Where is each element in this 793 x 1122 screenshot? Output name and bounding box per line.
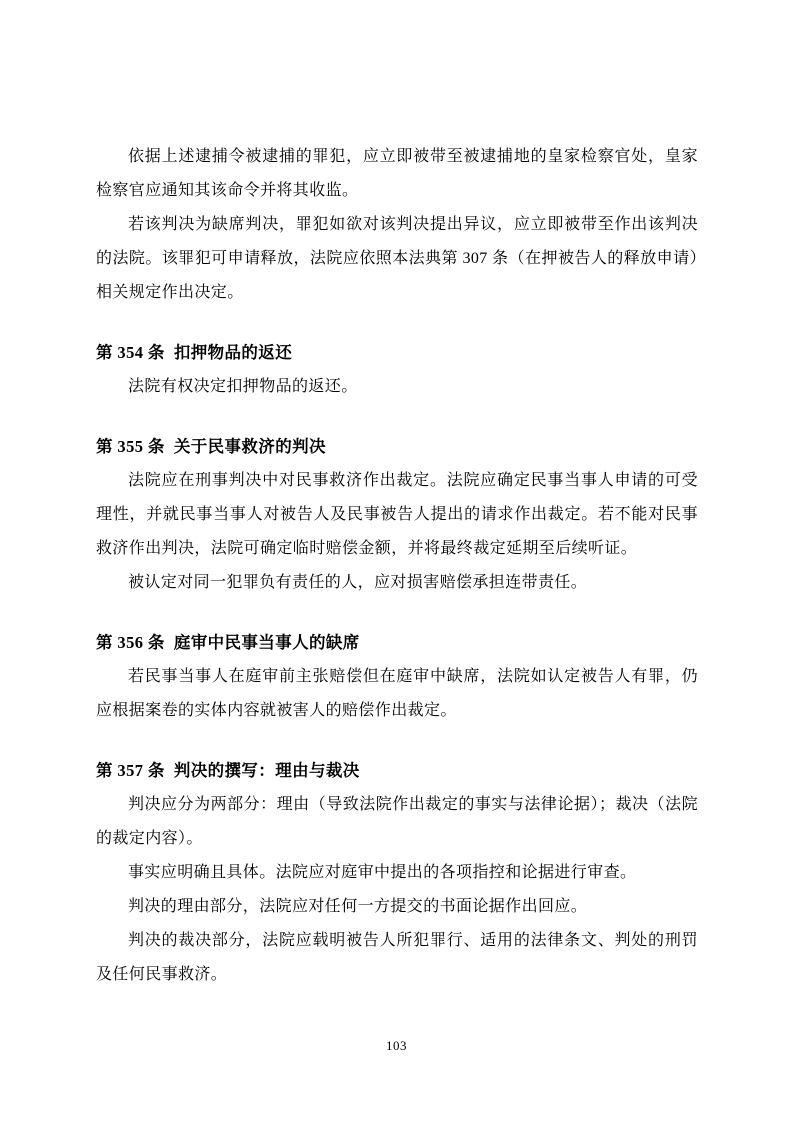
paragraph: 事实应明确且具体。法院应对庭审中提出的各项指控和论据进行审查。 <box>96 856 698 890</box>
article-title: 扣押物品的返还 <box>174 343 292 362</box>
intro-paragraph-1: 依据上述逮捕令被逮捕的罪犯，应立即被带至被逮捕地的皇家检察官处，皇家检察官应通知… <box>96 140 698 208</box>
page-number: 103 <box>0 1036 793 1056</box>
paragraph: 若民事当事人在庭审前主张赔偿但在庭审中缺席，法院如认定被告人有罪，仍应根据案卷的… <box>96 660 698 728</box>
paragraph: 法院有权决定扣押物品的返还。 <box>96 370 698 404</box>
paragraph: 法院应在刑事判决中对民事救济作出裁定。法院应确定民事当事人申请的可受理性，并就民… <box>96 464 698 566</box>
article-number: 第 355 条 <box>96 437 165 456</box>
section-heading-article-354: 第 354 条扣押物品的返还 <box>96 336 698 370</box>
paragraph: 判决的理由部分，法院应对任何一方提交的书面论据作出回应。 <box>96 890 698 924</box>
paragraph: 判决应分为两部分：理由（导致法院作出裁定的事实与法律论据）；裁决（法院的裁定内容… <box>96 788 698 856</box>
article-number: 第 354 条 <box>96 343 165 362</box>
article-title: 庭审中民事当事人的缺席 <box>174 633 360 652</box>
document-content: 依据上述逮捕令被逮捕的罪犯，应立即被带至被逮捕地的皇家检察官处，皇家检察官应通知… <box>96 140 698 992</box>
section-heading-article-356: 第 356 条庭审中民事当事人的缺席 <box>96 626 698 660</box>
article-number: 第 356 条 <box>96 633 165 652</box>
article-number: 第 357 条 <box>96 761 165 780</box>
article-title: 关于民事救济的判决 <box>174 437 326 456</box>
document-page: 依据上述逮捕令被逮捕的罪犯，应立即被带至被逮捕地的皇家检察官处，皇家检察官应通知… <box>0 0 793 1122</box>
intro-paragraph-2: 若该判决为缺席判决，罪犯如欲对该判决提出异议，应立即被带至作出该判决的法院。该罪… <box>96 208 698 310</box>
section-heading-article-357: 第 357 条判决的撰写：理由与裁决 <box>96 754 698 788</box>
section-heading-article-355: 第 355 条关于民事救济的判决 <box>96 430 698 464</box>
paragraph: 被认定对同一犯罪负有责任的人，应对损害赔偿承担连带责任。 <box>96 566 698 600</box>
paragraph: 判决的裁决部分，法院应载明被告人所犯罪行、适用的法律条文、判处的刑罚及任何民事救… <box>96 924 698 992</box>
article-title: 判决的撰写：理由与裁决 <box>174 761 360 780</box>
